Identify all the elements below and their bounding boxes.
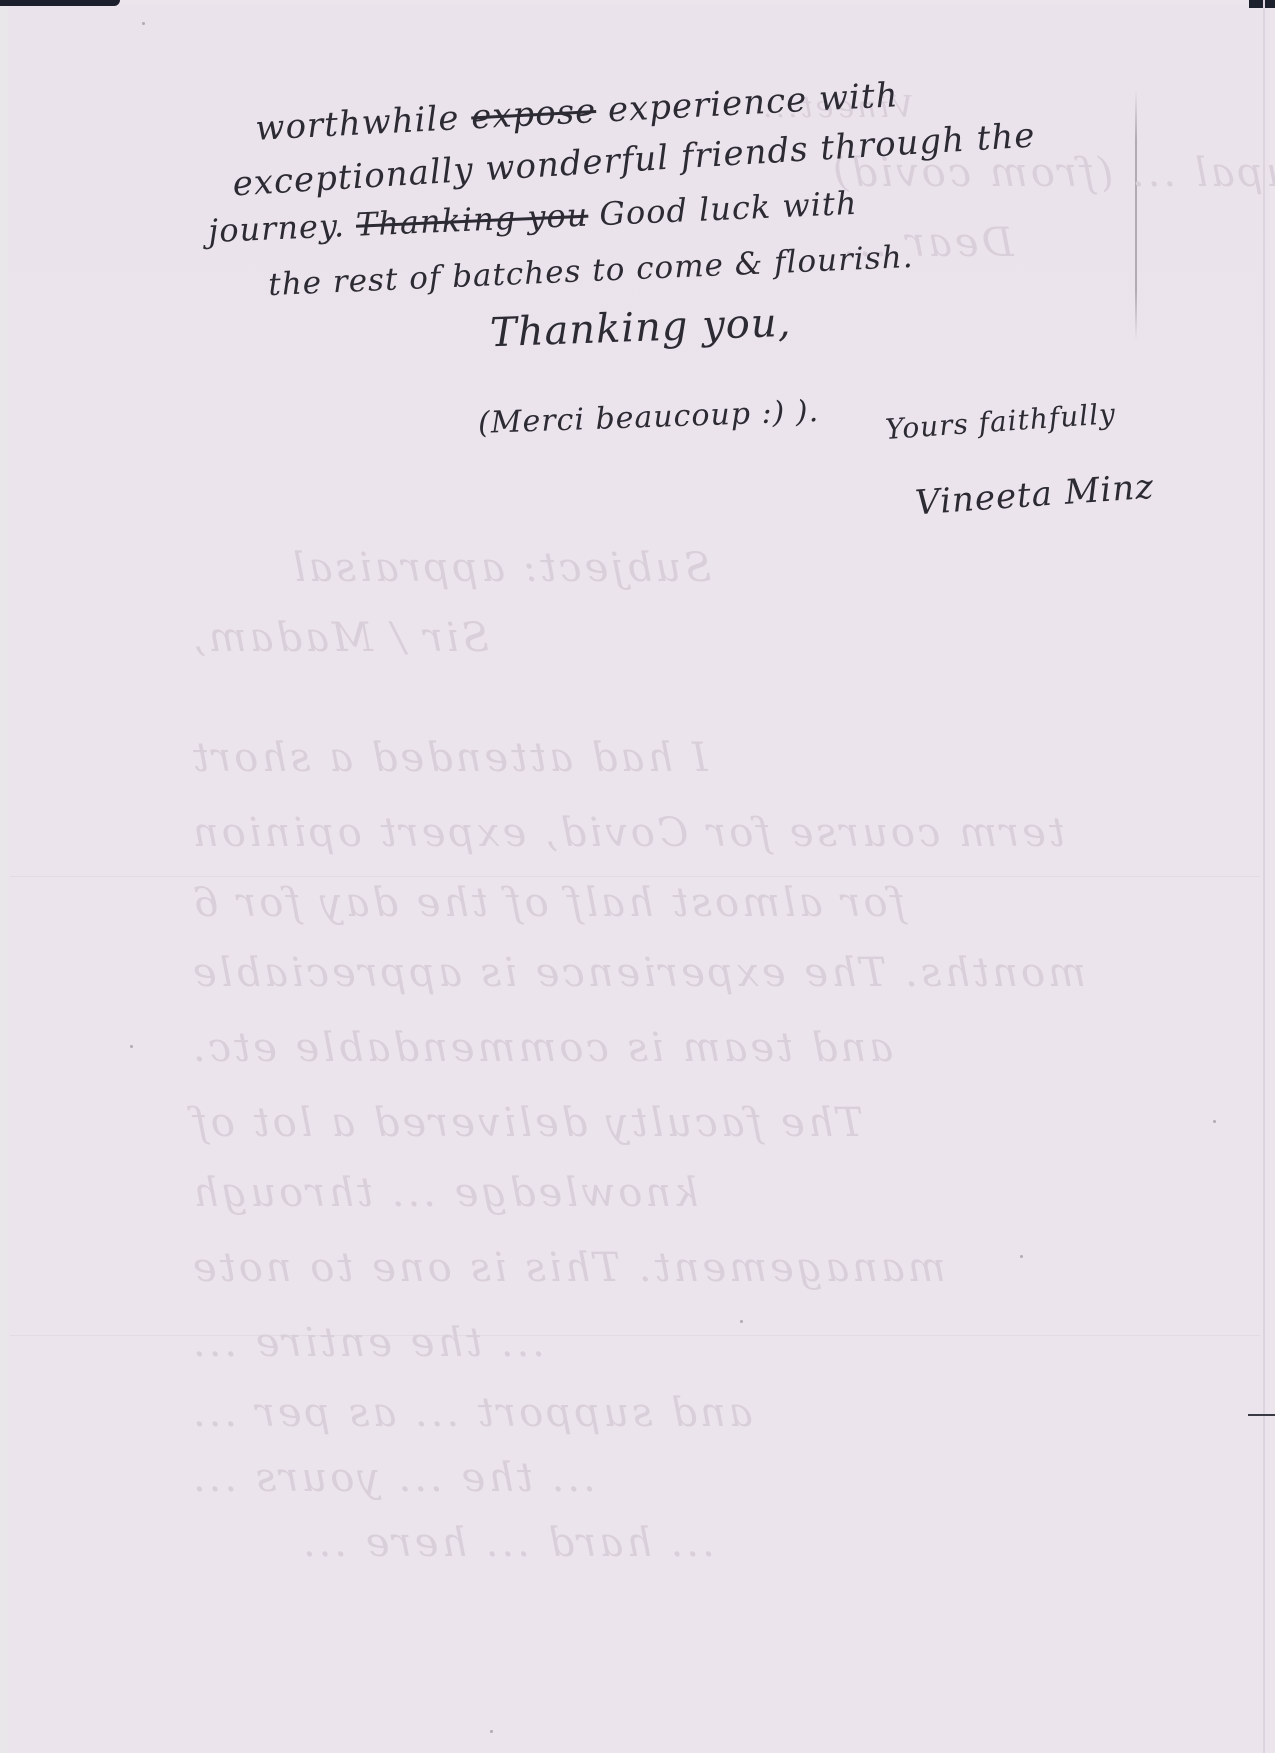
ghost-line: management. This is one to note <box>190 1245 946 1291</box>
line-text: journey. <box>207 206 356 250</box>
scan-speck <box>490 1730 493 1733</box>
scan-speck <box>740 1320 743 1323</box>
ghost-line: The faculty delivered a lot of <box>190 1100 863 1146</box>
ghost-line: ... hard ... here ... <box>300 1520 715 1566</box>
scan-speck <box>1213 1120 1216 1123</box>
ghost-line: ... the ... yours ... <box>190 1455 596 1501</box>
ghost-line: for almost half of the day for 6 <box>190 880 905 926</box>
ghost-line: term course for Covid, expert opinion <box>190 810 1065 856</box>
ghost-line: Sir / Madam, <box>190 615 489 661</box>
ghost-line: months. The experience is appreciable <box>190 950 1086 996</box>
ghost-line: I had attended a short <box>190 735 708 781</box>
scan-shadow-corner <box>0 0 120 6</box>
paper-crease <box>10 876 1260 877</box>
margin-mark <box>1135 90 1137 340</box>
ghost-line: ... the entire ... <box>190 1320 545 1366</box>
ghost-line: and support ... as per ... <box>190 1390 753 1436</box>
page-right-margin <box>1263 0 1265 1753</box>
edge-mark <box>1248 1414 1275 1416</box>
scan-shadow-corner <box>1249 0 1275 8</box>
ghost-line: Subject: appraisal <box>290 545 712 591</box>
scan-speck <box>1020 1255 1023 1258</box>
ghost-line: knowledge ... through <box>190 1170 698 1216</box>
ghost-line: and team is commendable etc. <box>190 1025 893 1071</box>
scan-speck <box>130 1045 133 1048</box>
scan-speck <box>142 22 145 25</box>
struck-word: expose <box>470 91 597 137</box>
